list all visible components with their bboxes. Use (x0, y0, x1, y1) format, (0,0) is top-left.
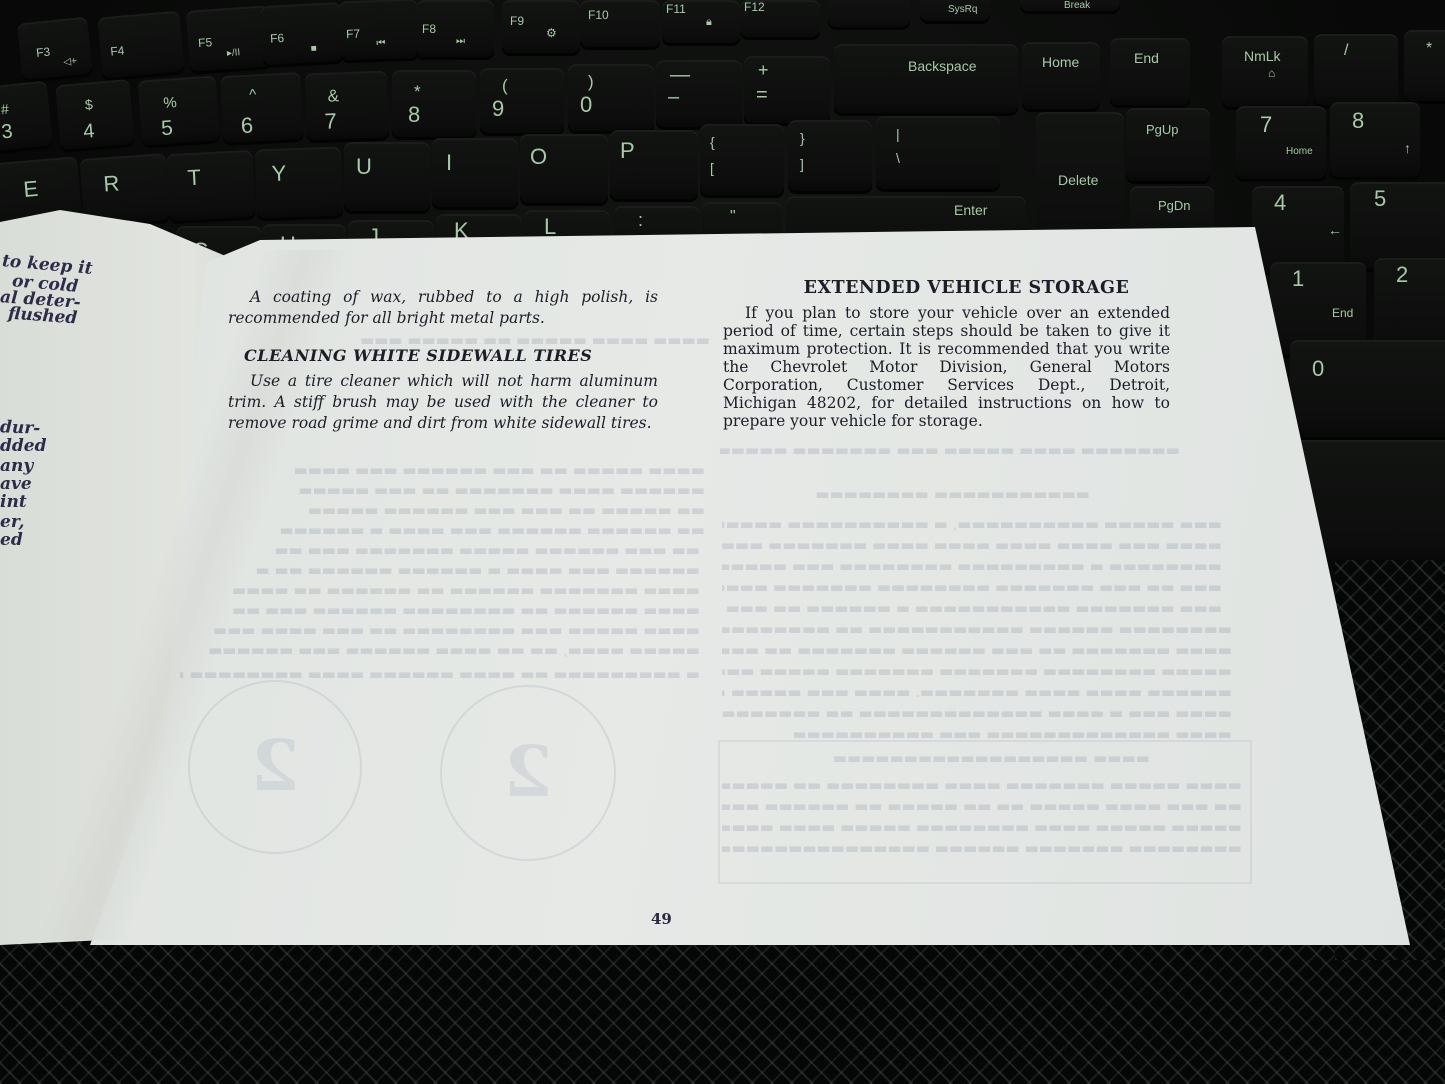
play-pause-icon: ▸/II (227, 47, 241, 59)
key-4: $4 (55, 79, 135, 153)
lock-icon: 🔒︎ (706, 16, 712, 29)
key-f6: F6■ (260, 2, 343, 68)
key-t: T (166, 150, 256, 224)
sidewall-heading: CLEANING WHITE SIDEWALL TIRES (244, 346, 658, 365)
left-fragment: ave (0, 474, 32, 494)
key-scrlk: ScrLk (828, 0, 910, 30)
key-i: I (432, 138, 518, 210)
previous-track-icon: ⏮ (376, 38, 385, 49)
key-y: Y (255, 147, 343, 222)
key-sysrq: SysRq (920, 0, 990, 24)
stop-icon: ■ (310, 43, 317, 54)
gear-icon: ⚙ (546, 26, 557, 40)
key-6: ^6 (220, 72, 304, 146)
key-numpad-8: 8↑ (1330, 102, 1420, 180)
storage-paragraph: If you plan to store your vehicle over a… (723, 304, 1170, 430)
key-open-bracket: {[ (700, 124, 784, 198)
key-numpad-slash: / (1314, 34, 1398, 108)
page-number: 49 (651, 910, 672, 928)
left-fragment: dded (0, 436, 46, 456)
key-numpad-7: 7Home (1236, 106, 1326, 182)
key-8: *8 (392, 70, 476, 140)
key-backslash: |\ (876, 116, 1000, 192)
key-o: O (520, 134, 608, 206)
arrow-left-icon: ← (1328, 222, 1342, 238)
left-fragment: ed (0, 530, 23, 550)
left-fragment: any (0, 456, 33, 476)
key-break: Break (1020, 0, 1120, 14)
key-numlock: NmLk⌂ (1222, 36, 1308, 110)
left-fragment: er, (0, 512, 24, 532)
volume-up-icon: ◁+ (63, 56, 78, 68)
storage-section: EXTENDED VEHICLE STORAGE If you plan to … (723, 278, 1170, 430)
arrow-up-icon: ↑ (1404, 140, 1411, 156)
key-f10: F10 (580, 0, 660, 50)
numlock-icon: ⌂ (1268, 66, 1275, 80)
unleaded-stamp-ghost (188, 680, 362, 854)
key-p: P (610, 130, 698, 202)
wax-paragraph: A coating of wax, rubbed to a high polis… (228, 287, 658, 329)
next-track-icon: ⏭ (456, 36, 465, 47)
key-minus: —– (656, 60, 742, 130)
key-close-bracket: }] (788, 120, 872, 194)
key-7: &7 (305, 71, 389, 144)
mesh-mat (0, 934, 1445, 1084)
key-f9: F9⚙ (502, 0, 580, 56)
unleaded-stamp-ghost (440, 685, 616, 861)
key-numpad-0: 0 (1290, 340, 1445, 440)
key-u: U (344, 142, 430, 214)
key-backspace: Backspace (834, 44, 1018, 116)
key-f7: F7⏮ (339, 0, 419, 63)
wax-section: A coating of wax, rubbed to a high polis… (228, 287, 658, 329)
key-numpad-star: * (1404, 30, 1445, 104)
key-3: #3 (0, 81, 53, 156)
left-fragment: int (0, 492, 27, 512)
sidewall-paragraph: Use a tire cleaner which will not harm a… (228, 371, 658, 434)
key-5: %5 (138, 75, 221, 148)
key-f8: F8⏭ (416, 0, 494, 60)
storage-heading: EXTENDED VEHICLE STORAGE (723, 278, 1170, 298)
sidewall-section: CLEANING WHITE SIDEWALL TIRES Use a tire… (228, 346, 658, 434)
key-f4: F4 (97, 11, 184, 82)
key-end: End (1110, 38, 1190, 108)
key-equals: += (744, 56, 830, 126)
key-9: (9 (480, 68, 564, 136)
key-0: )0 (568, 64, 654, 134)
key-f12: F12 (740, 0, 820, 40)
key-f3: F3◁+ (17, 17, 93, 84)
key-pgup: PgUp (1126, 108, 1210, 184)
key-home: Home (1022, 42, 1100, 112)
key-f5: F5▸/II (186, 5, 272, 75)
key-f11: F11🔒︎ (662, 0, 740, 46)
